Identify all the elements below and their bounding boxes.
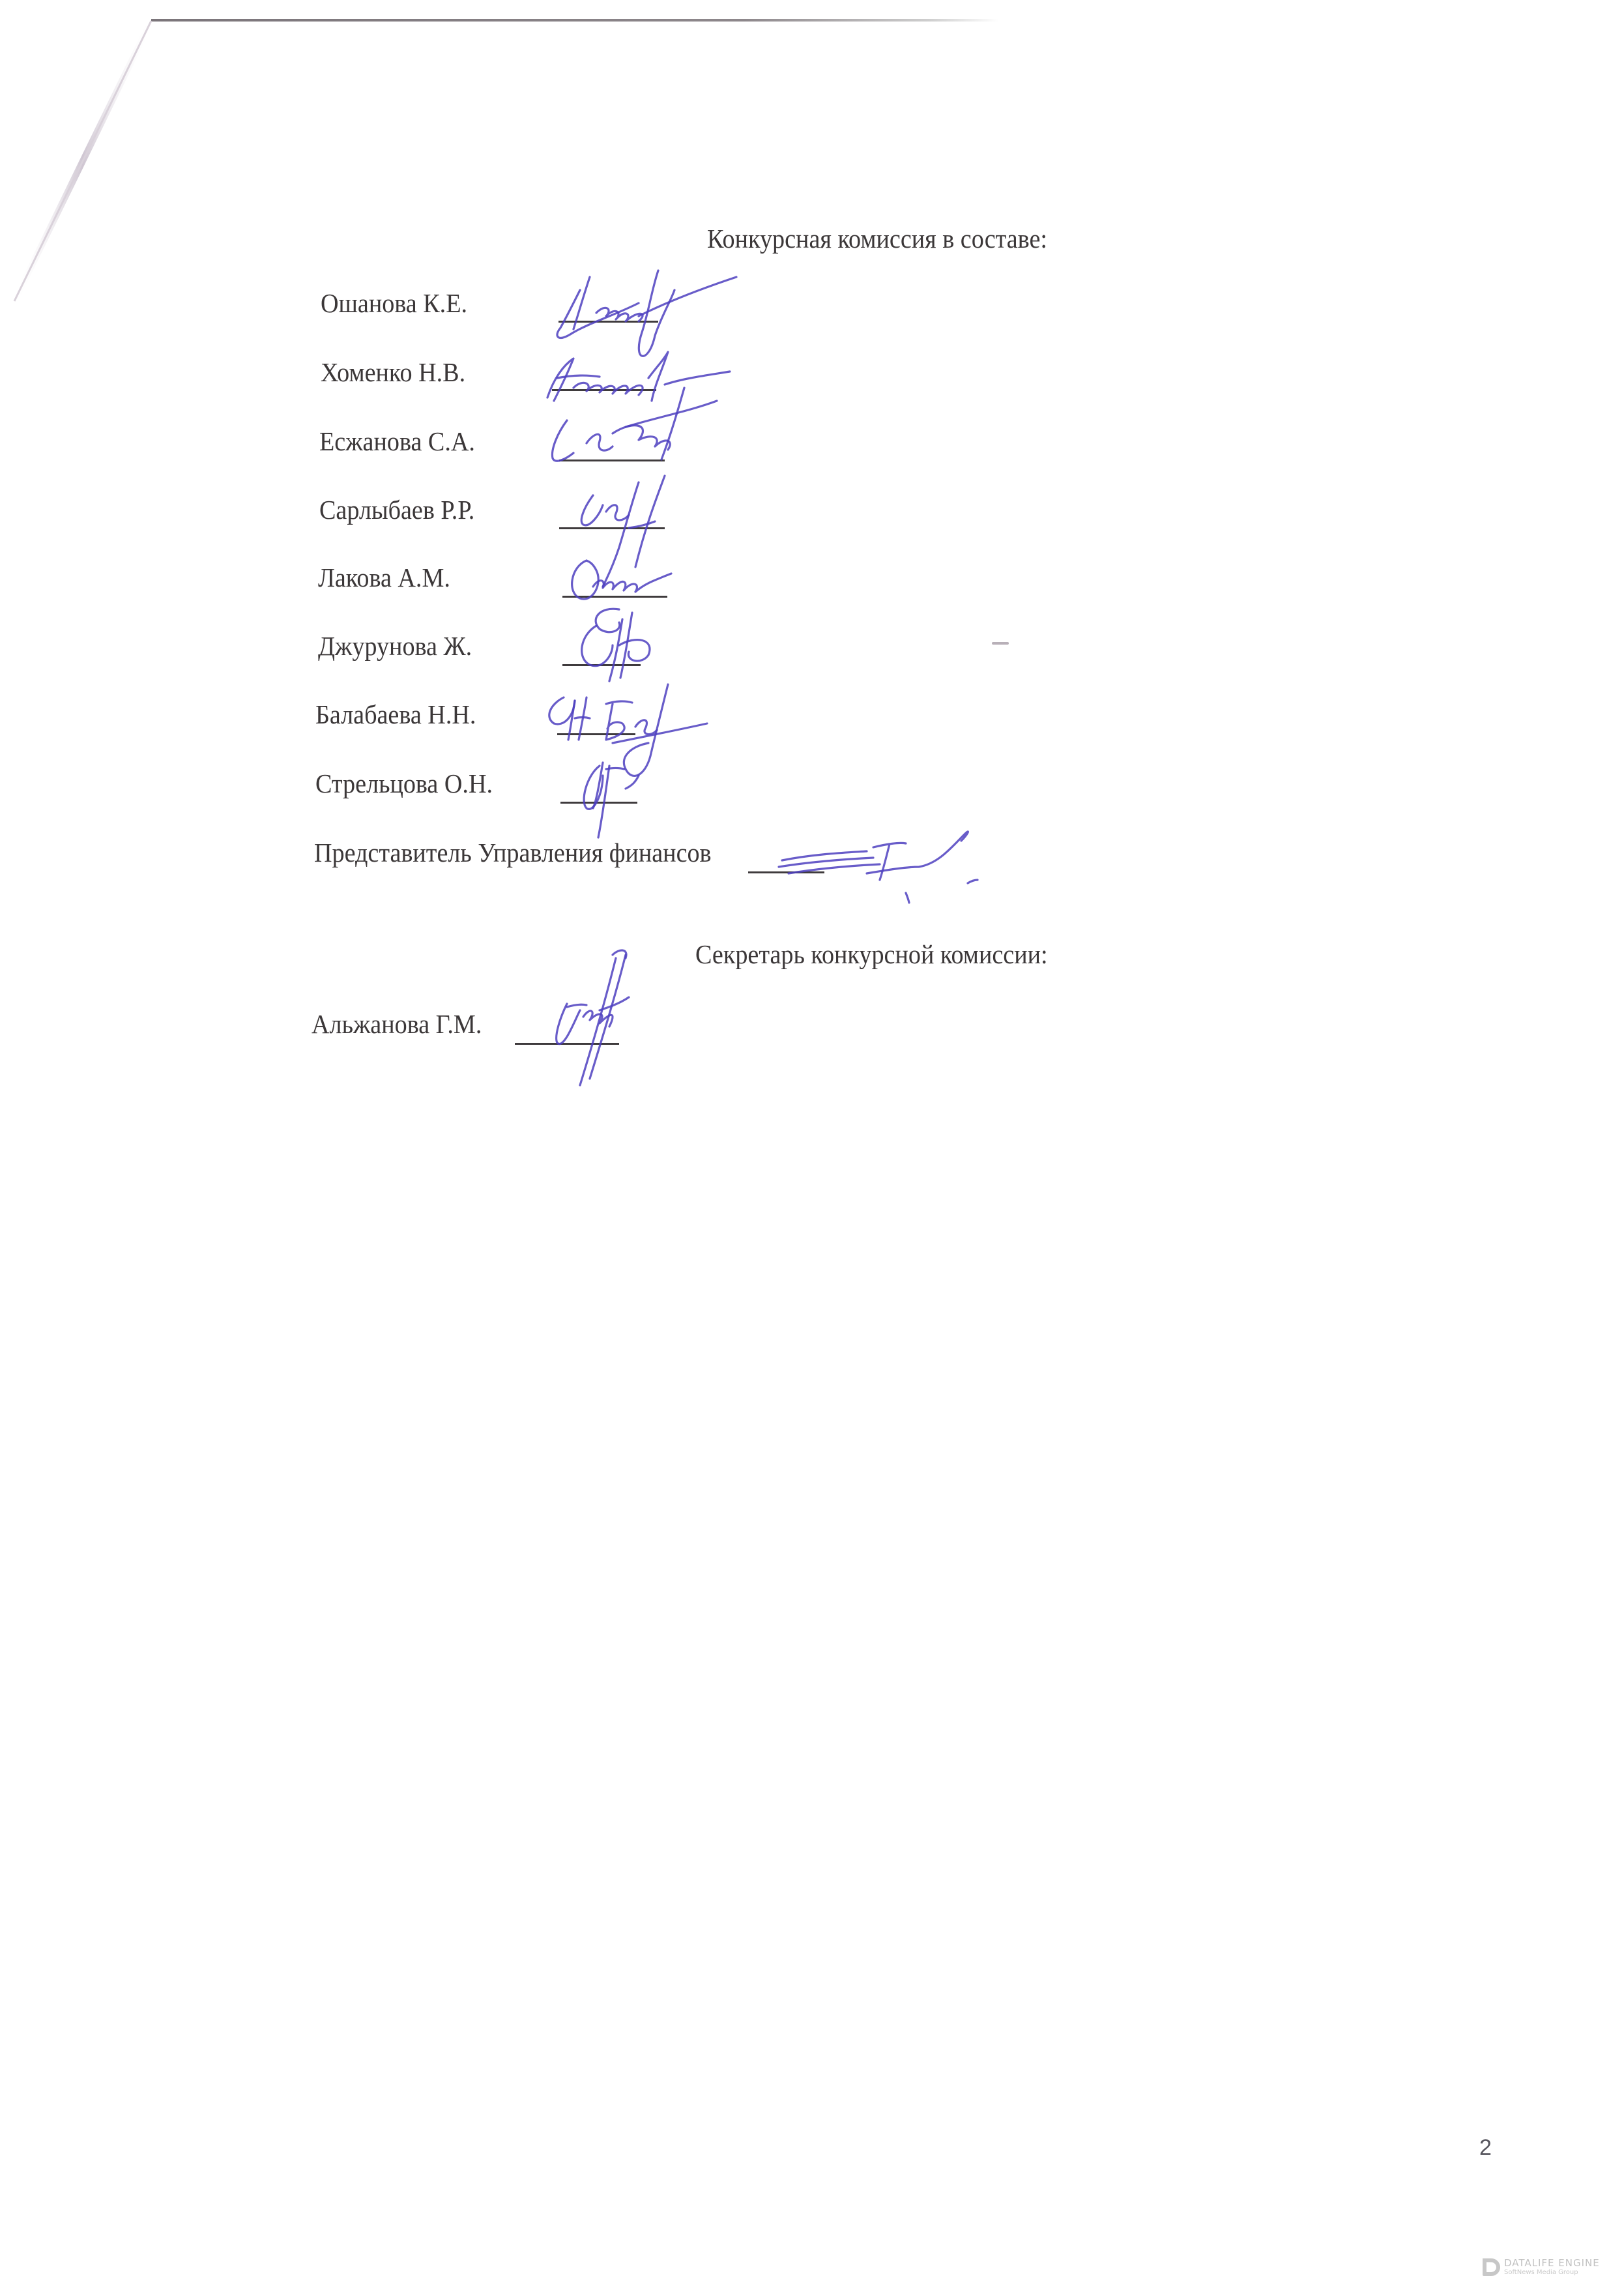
signature-oshanova — [534, 251, 743, 381]
scan-edge-left — [0, 0, 169, 313]
signature-line — [562, 596, 667, 598]
signature-line — [562, 664, 641, 666]
member-name: Джурунова Ж. — [318, 633, 472, 660]
signature-finance-representative — [776, 828, 984, 906]
member-name: Есжанова С.А. — [319, 428, 475, 455]
signature-line — [560, 802, 637, 804]
member-name: Хоменко Н.В. — [321, 359, 465, 386]
member-name: Балабаева Н.Н. — [315, 701, 476, 728]
signature-dzhurunova — [573, 600, 665, 684]
signature-line — [557, 733, 635, 735]
scanned-document-page: Конкурсная комиссия в составе: Ошанова К… — [0, 0, 1624, 2291]
secretary-name: Альжанова Г.М. — [312, 1011, 482, 1038]
scan-edge-top — [151, 19, 998, 22]
signature-sarlybaev — [567, 456, 697, 587]
signature-line — [559, 460, 665, 461]
signature-streltsova — [573, 756, 658, 841]
member-name: Лакова А.М. — [318, 564, 450, 591]
member-name: Стрельцова О.Н. — [315, 770, 493, 797]
watermark: DataLife Engine SoftNews Media Group — [1483, 2258, 1600, 2276]
datalife-logo-icon — [1483, 2258, 1500, 2276]
watermark-title: DataLife Engine — [1504, 2258, 1600, 2268]
member-name: Ошанова К.Е. — [321, 290, 467, 317]
signature-alzhanova — [528, 945, 658, 1088]
watermark-subtitle: SoftNews Media Group — [1504, 2269, 1600, 2276]
commission-heading: Конкурсная комиссия в составе: — [707, 226, 1047, 252]
signature-line — [552, 389, 656, 391]
signature-eszhanova — [541, 381, 736, 473]
finance-representative-label: Представитель Управления финансов — [314, 839, 712, 866]
signature-khomenko — [534, 339, 743, 411]
signature-line — [515, 1043, 619, 1045]
scan-speck — [992, 642, 1009, 645]
signature-line — [748, 871, 824, 873]
member-name: Сарлыбаев Р.Р. — [319, 497, 474, 523]
page-number: 2 — [1479, 2135, 1492, 2161]
signature-line — [559, 527, 665, 529]
secretary-heading: Секретарь конкурсной комиссии: — [695, 941, 1048, 968]
signature-line — [558, 321, 658, 323]
signature-balabaeva — [534, 671, 730, 802]
